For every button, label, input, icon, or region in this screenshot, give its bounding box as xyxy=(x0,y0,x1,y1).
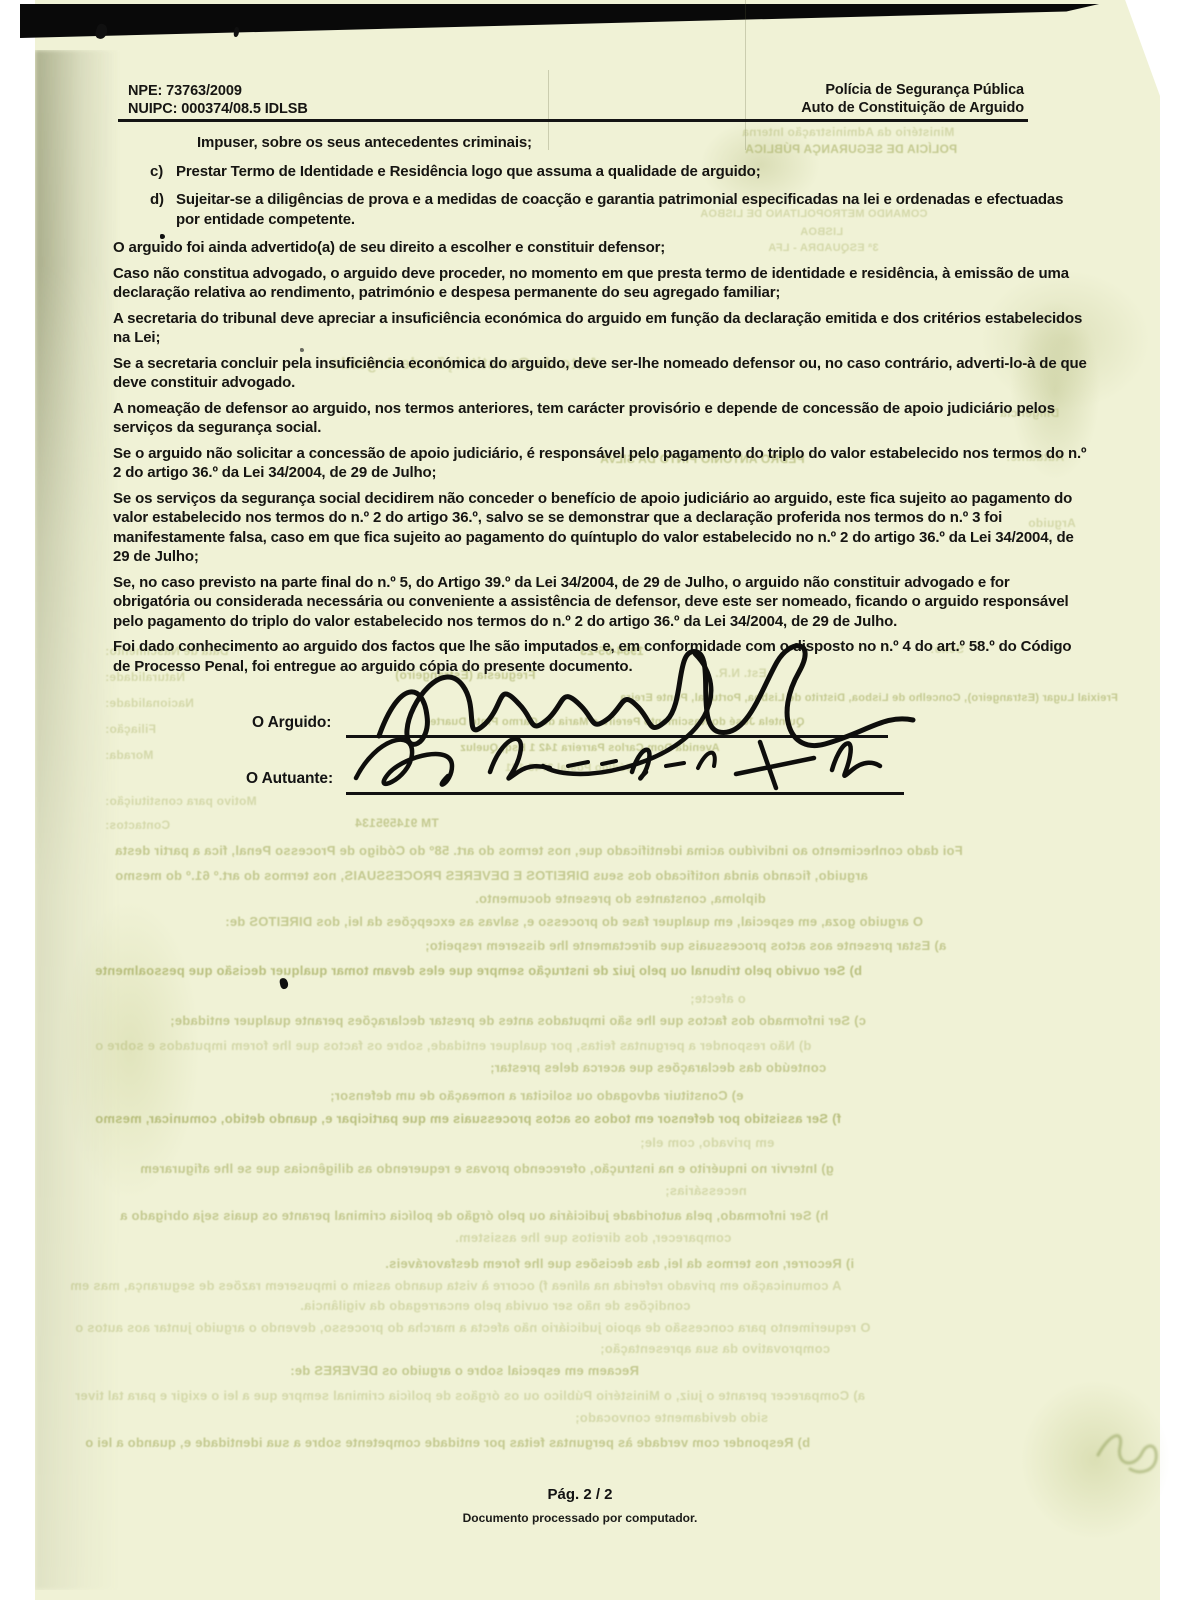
list-item-text: Prestar Termo de Identidade e Residência… xyxy=(176,163,761,180)
bleed-through-line: comparecer, dos direitos que lhe assiste… xyxy=(455,1230,731,1245)
bleed-through-line: a) Estar presente aos actos processuais … xyxy=(425,938,946,953)
bleed-through-line: Avenida Dom Carlos Parreira 142 1 Esq, Q… xyxy=(460,742,720,754)
bleed-through-line: i) Recorrer, nos termos da lei, das deci… xyxy=(385,1256,854,1271)
footer-note: Documento processado por computador. xyxy=(0,1511,1160,1525)
bleed-through-line: Motivo para constituição: xyxy=(105,794,257,808)
list-item-d: d) Sujeitar-se a diligências de prova e … xyxy=(113,190,1089,229)
bleed-through-line: TM 914595134 xyxy=(355,816,439,830)
list-item-text: Sujeitar-se a diligências de prova e a m… xyxy=(176,191,1063,228)
bleed-through-line: e) Constituir advogado ou solicitar a no… xyxy=(330,1088,744,1103)
bleed-through-line: Foi dado conhecimento ao indivíduo acima… xyxy=(115,843,963,858)
bleed-through-line: sido devidamente convocado; xyxy=(575,1410,768,1425)
paragraph: Se, no caso previsto na parte final do n… xyxy=(113,573,1089,632)
list-item-c: c) Prestar Termo de Identidade e Residên… xyxy=(113,162,1089,182)
bleed-through-line: O arguido goza, em especial, em qualquer… xyxy=(225,914,923,929)
bleed-through-line: Nacionalidade: xyxy=(105,696,194,710)
case-reference-block: NPE: 73763/2009 NUIPC: 000374/08.5 IDLSB xyxy=(128,82,308,118)
paragraph: Se a secretaria concluir pela insuficiên… xyxy=(113,354,1089,393)
bleed-through-line: A comunicação em privado referida na alí… xyxy=(70,1278,841,1293)
document-title: Auto de Constituição de Arguido xyxy=(801,100,1024,118)
bleed-through-line: condições de não ser ouvida pelo encarre… xyxy=(300,1298,690,1313)
list-item-label: c) xyxy=(150,162,163,182)
bleed-through-line: b) Ser ouvido pelo tribunal ou pelo juiz… xyxy=(95,963,862,978)
nuipc-number: NUIPC: 000374/08.5 IDLSB xyxy=(128,100,308,118)
paragraph: Caso não constitua advogado, o arguido d… xyxy=(113,264,1089,303)
bleed-through-line: f) Ser assistido por defensor em todos o… xyxy=(95,1111,841,1126)
paragraph: O arguido foi ainda advertido(a) de seu … xyxy=(113,238,1089,258)
bleed-through-line: necessárias; xyxy=(665,1183,747,1198)
bleed-through-line: comprovativo da sua apresentação; xyxy=(600,1341,830,1356)
bleed-through-line: Freixial Lugar (Estrangeiro), Concelho d… xyxy=(620,692,1118,704)
paragraph: Foi dado conhecimento ao arguido dos fac… xyxy=(113,637,1089,676)
arguido-signature-label: O Arguido: xyxy=(252,714,331,732)
bleed-through-line: em privado, com ele; xyxy=(640,1135,774,1150)
npe-number: NPE: 73763/2009 xyxy=(128,82,308,100)
document-body: Impuser, sobre os seus antecedentes crim… xyxy=(113,133,1089,682)
ink-smudge xyxy=(1090,1415,1165,1480)
bleed-through-line: O requerimento para concessão de apoio j… xyxy=(75,1320,871,1335)
paragraph: Se o arguido não solicitar a concessão d… xyxy=(113,444,1089,483)
document-title-block: Polícia de Segurança Pública Auto de Con… xyxy=(801,82,1024,117)
bleed-through-line: diploma, constantes do presente document… xyxy=(475,891,766,906)
scanned-document: { "header": { "left": { "npe": "NPE: 737… xyxy=(0,0,1189,1600)
list-item-label: d) xyxy=(150,190,164,210)
bleed-through-line: g) Intervir no inquérito e na instrução,… xyxy=(140,1161,834,1176)
bleed-through-line: d) Não responder a perguntas feitas, por… xyxy=(95,1038,811,1053)
bleed-through-line: Código Postal 2745-141 xyxy=(505,762,634,774)
bleed-through-line: a) Comparecer perante o juiz, o Ministér… xyxy=(75,1388,865,1403)
org-name: Polícia de Segurança Pública xyxy=(801,82,1024,100)
bleed-through-line: h) Ser informado, pela autoridade judici… xyxy=(120,1208,828,1223)
bleed-through-line: Quintela José do Nascimento Pereira e Ma… xyxy=(430,716,804,728)
bleed-through-line: o afecte; xyxy=(690,991,746,1006)
arguido-signature-line xyxy=(346,735,888,738)
header-rule xyxy=(118,119,1028,122)
autuante-signature-line xyxy=(346,792,904,795)
paragraph: A secretaria do tribunal deve apreciar a… xyxy=(113,309,1089,348)
bleed-through-line: Filiação: xyxy=(105,722,156,736)
paragraph: A nomeação de defensor ao arguido, nos t… xyxy=(113,399,1089,438)
bleed-through-line: c) Ser informado dos factos que lhe são … xyxy=(170,1013,866,1028)
page-number: Pág. 2 / 2 xyxy=(0,1486,1160,1503)
autuante-signature-label: O Autuante: xyxy=(246,770,333,788)
bleed-through-line: conteúdo das declarações que acerca dele… xyxy=(490,1060,826,1075)
bleed-through-line: b) Responder com verdade às perguntas fe… xyxy=(85,1435,810,1450)
bleed-through-line: Morada: xyxy=(105,748,153,762)
bleed-through-line: Recaem em especial sobre o arguido os DE… xyxy=(290,1363,639,1378)
continuation-line: Impuser, sobre os seus antecedentes crim… xyxy=(197,133,1089,153)
bleed-through-line: Contactos: xyxy=(105,818,170,832)
bleed-through-line: arguido, ficando ainda notificado dos se… xyxy=(115,868,868,883)
paragraph: Se os serviços da segurança social decid… xyxy=(113,489,1089,567)
